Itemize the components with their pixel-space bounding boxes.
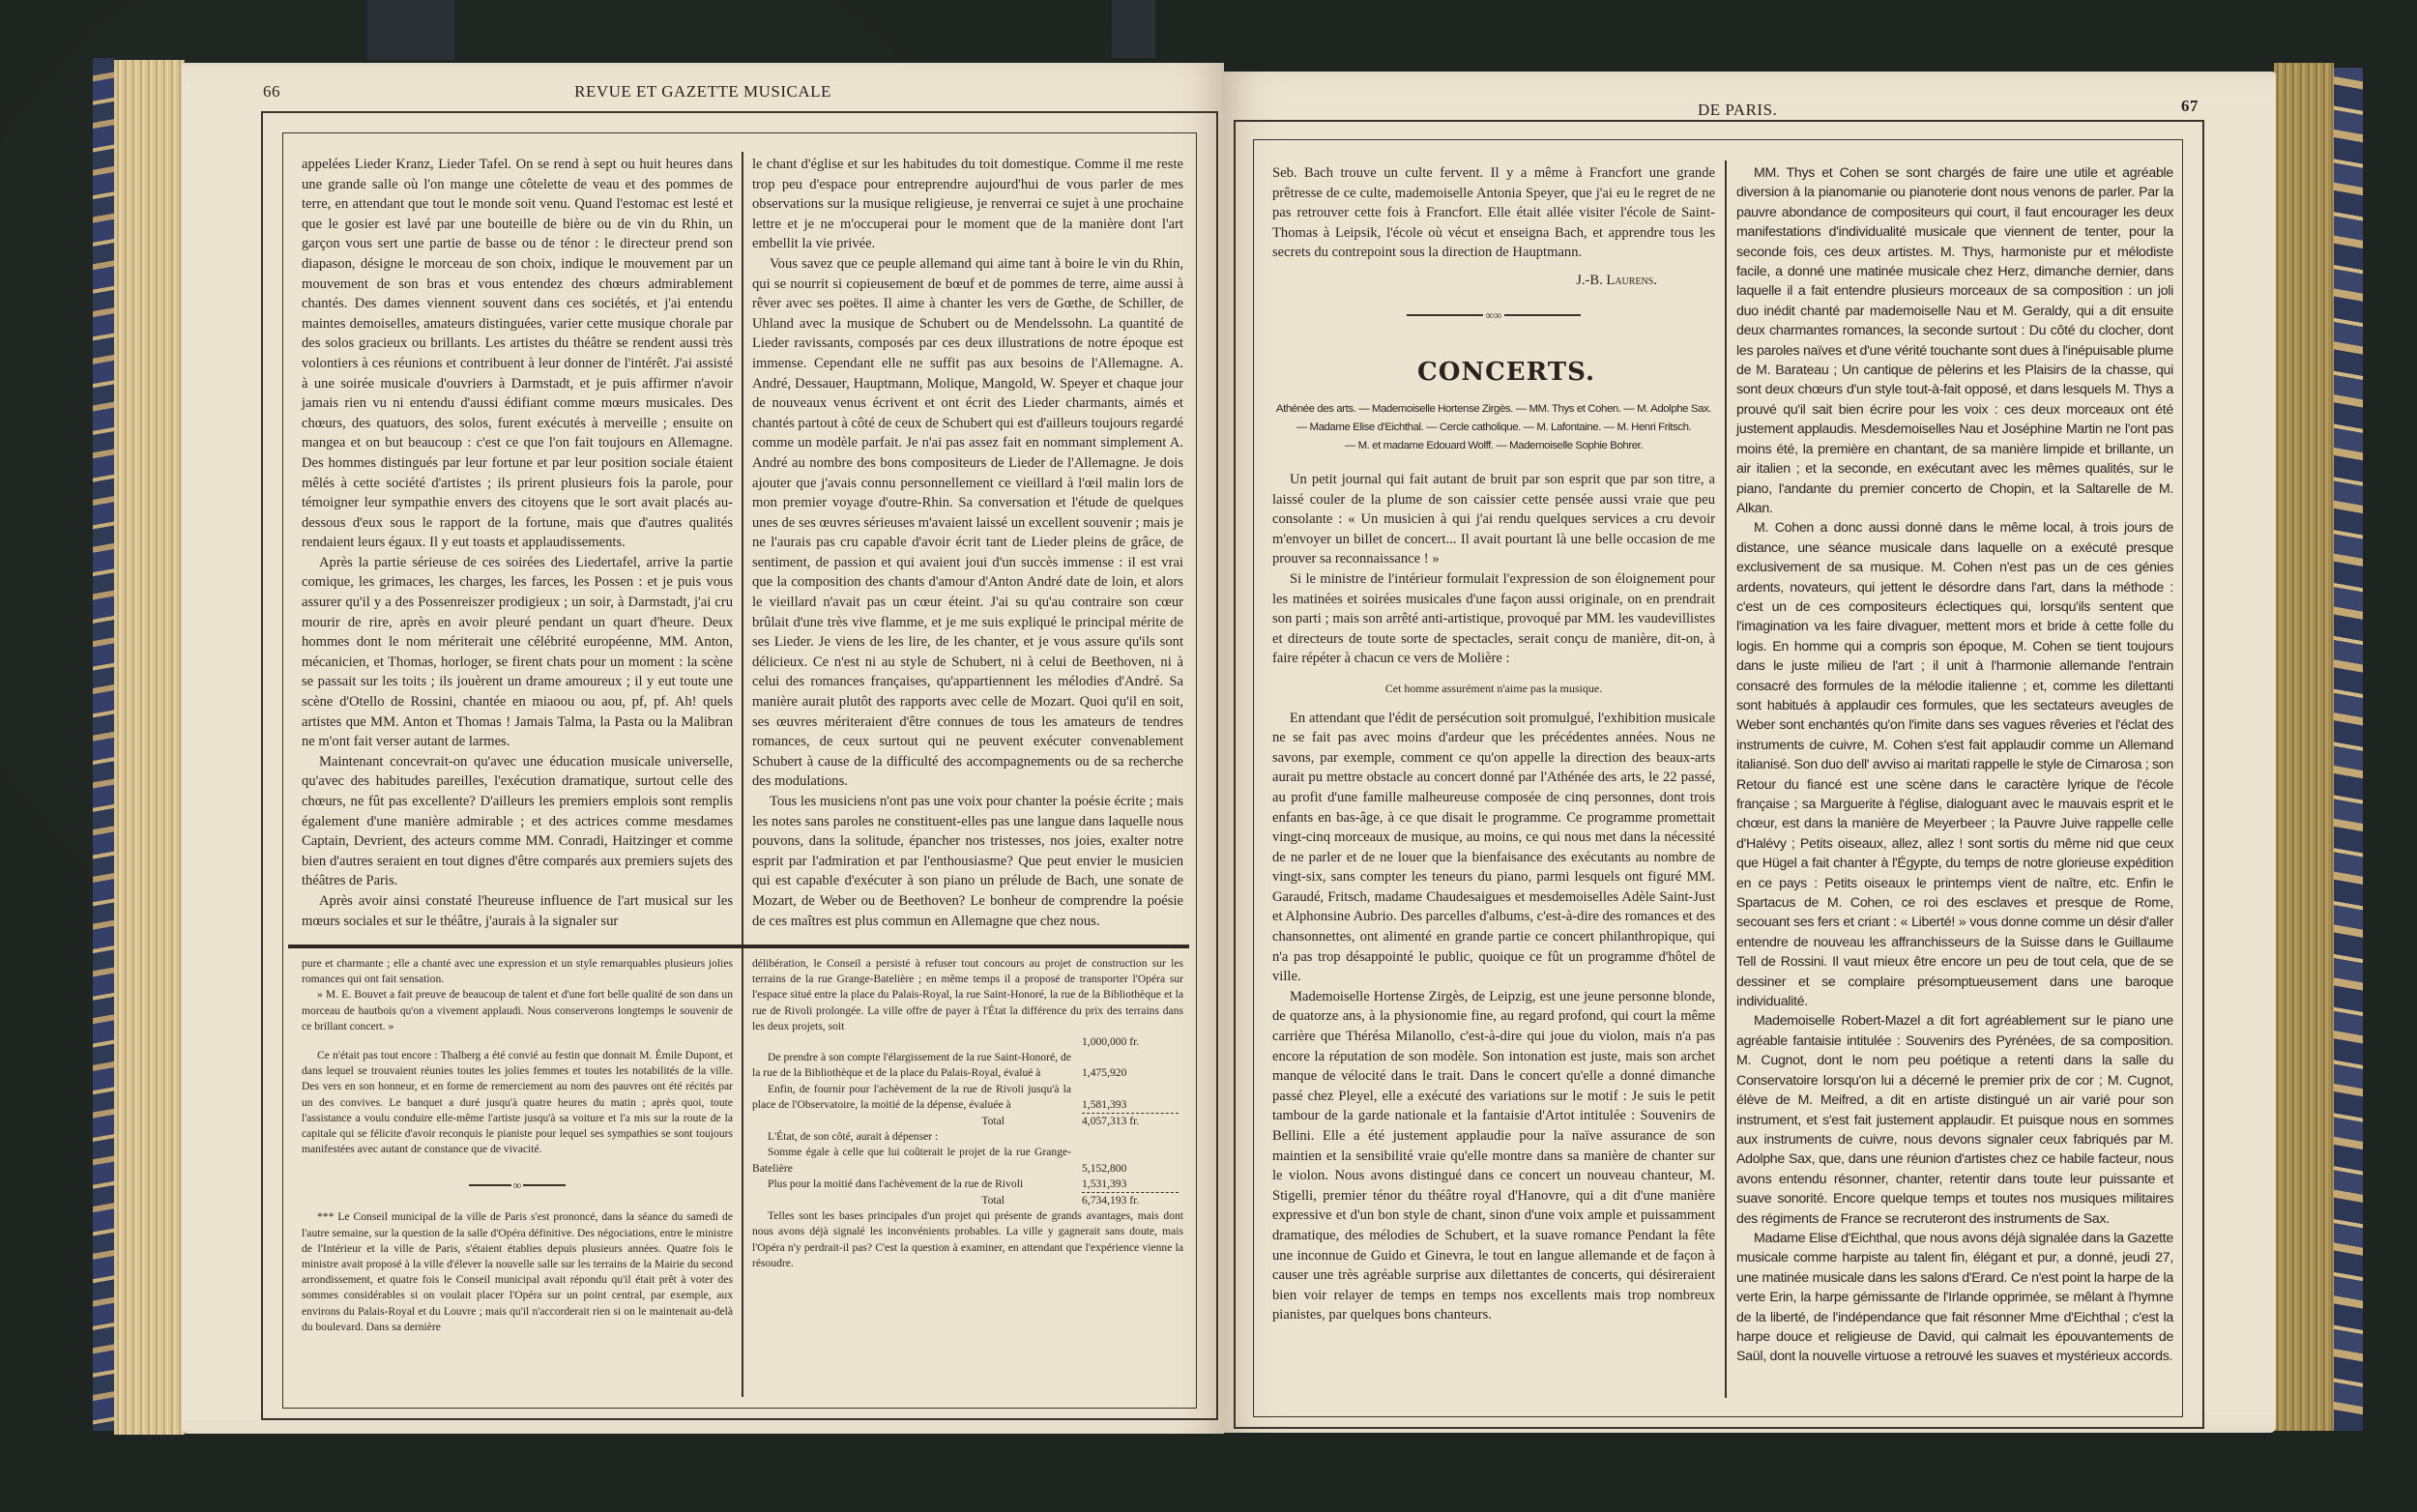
amount-row: Somme égale à celle que lui coûterait le… (752, 1145, 1183, 1176)
paragraph: Mademoiselle Hortense Zirgès, de Leipzig… (1272, 987, 1715, 1325)
column-left-1: appelées Lieder Kranz, Lieder Tafel. On … (302, 155, 733, 931)
paragraph: Vous savez que ce peuple allemand qui ai… (752, 254, 1183, 792)
paragraph: Ce n'était pas tout encore : Thalberg a … (302, 1048, 733, 1157)
marbled-binding-right (2332, 68, 2363, 1431)
amount-row: Enfin, de fournir pour l'achèvement de l… (752, 1082, 1183, 1113)
running-head-left: REVUE ET GAZETTE MUSICALE (182, 82, 1224, 102)
column-right-2: MM. Thys et Cohen se sont chargés de fai… (1736, 163, 2173, 1367)
running-head-right: DE PARIS. (1698, 101, 1777, 120)
right-page: DE PARIS. 67 Seb. Bach trouve un culte f… (1224, 72, 2276, 1433)
paragraph: appelées Lieder Kranz, Lieder Tafel. On … (302, 155, 733, 553)
page-edges-left (114, 60, 185, 1435)
paragraph: MM. Thys et Cohen se sont chargés de fai… (1736, 163, 2173, 518)
paragraph: délibération, le Conseil a persisté à re… (752, 956, 1183, 1034)
paragraph: Telles sont les bases principales d'un p… (752, 1208, 1183, 1271)
paragraph: le chant d'église et sur les habitudes d… (752, 155, 1183, 254)
column-rule (742, 954, 743, 1397)
page-edges-right (2274, 63, 2334, 1431)
amount-row: 1,000,000 fr. (752, 1034, 1183, 1050)
paragraph: *** Le Conseil municipal de la ville de … (302, 1209, 733, 1335)
paragraph: Tous les musiciens n'ont pas une voix po… (752, 792, 1183, 931)
paragraph: Si le ministre de l'intérieur formulait … (1272, 569, 1715, 669)
paragraph: Mademoiselle Robert-Mazel a dit fort agr… (1736, 1011, 2173, 1228)
footer-column-1: pure et charmante ; elle a chanté avec u… (302, 956, 733, 1335)
column-rule (1725, 160, 1727, 1398)
paragraph: En attendant que l'édit de persécution s… (1272, 709, 1715, 987)
total-row: Total4,057,313 fr. (752, 1114, 1183, 1129)
column-right-1: Seb. Bach trouve un culte fervent. Il y … (1272, 163, 1715, 349)
column-rule (742, 152, 743, 991)
paragraph: L'État, de son côté, aurait à dépenser : (752, 1129, 1183, 1145)
feuilleton-rule (288, 945, 1189, 948)
amount-row: Plus pour la moitié dans l'achèvement de… (752, 1177, 1183, 1192)
marbled-binding-left (93, 58, 114, 1431)
paragraph: M. Cohen a donc aussi donné dans le même… (1736, 518, 2173, 1011)
paragraph: pure et charmante ; elle a chanté avec u… (302, 956, 733, 987)
book-prop-center (1112, 0, 1155, 58)
column-left-2: le chant d'église et sur les habitudes d… (752, 155, 1183, 931)
paragraph: » M. E. Bouvet a fait preuve de beaucoup… (302, 987, 733, 1034)
column-right-1-body: Un petit journal qui fait autant de brui… (1272, 470, 1715, 1325)
concerts-summary: Athénée des arts. — Mademoiselle Hortens… (1272, 400, 1715, 455)
left-page: 66 REVUE ET GAZETTE MUSICALE appelées Li… (182, 63, 1224, 1434)
paragraph: Après la partie sérieuse de ces soirées … (302, 553, 733, 752)
paragraph: Maintenant concevrait-on qu'avec une édu… (302, 752, 733, 891)
verse-quote: Cet homme assurément n'aime pas la musiq… (1272, 669, 1715, 709)
ornament-divider: ∞ (469, 1180, 566, 1190)
paragraph: Seb. Bach trouve un culte fervent. Il y … (1272, 163, 1715, 263)
paragraph: Un petit journal qui fait autant de brui… (1272, 470, 1715, 569)
section-heading-concerts: CONCERTS. (1417, 358, 1595, 387)
author-signature: J.-B. Laurens. (1272, 271, 1715, 291)
amount-row: De prendre à son compte l'élargissement … (752, 1050, 1183, 1081)
ornament-divider: ∞∞ (1407, 310, 1581, 320)
page-number-right: 67 (2181, 97, 2199, 116)
paragraph: Madame Elise d'Eichthal, que nous avons … (1736, 1229, 2173, 1367)
footer-column-2: délibération, le Conseil a persisté à re… (752, 956, 1183, 1271)
paragraph: Après avoir ainsi constaté l'heureuse in… (302, 891, 733, 931)
book-prop-left (367, 0, 454, 60)
total-row: Total6,734,193 fr. (752, 1193, 1183, 1208)
